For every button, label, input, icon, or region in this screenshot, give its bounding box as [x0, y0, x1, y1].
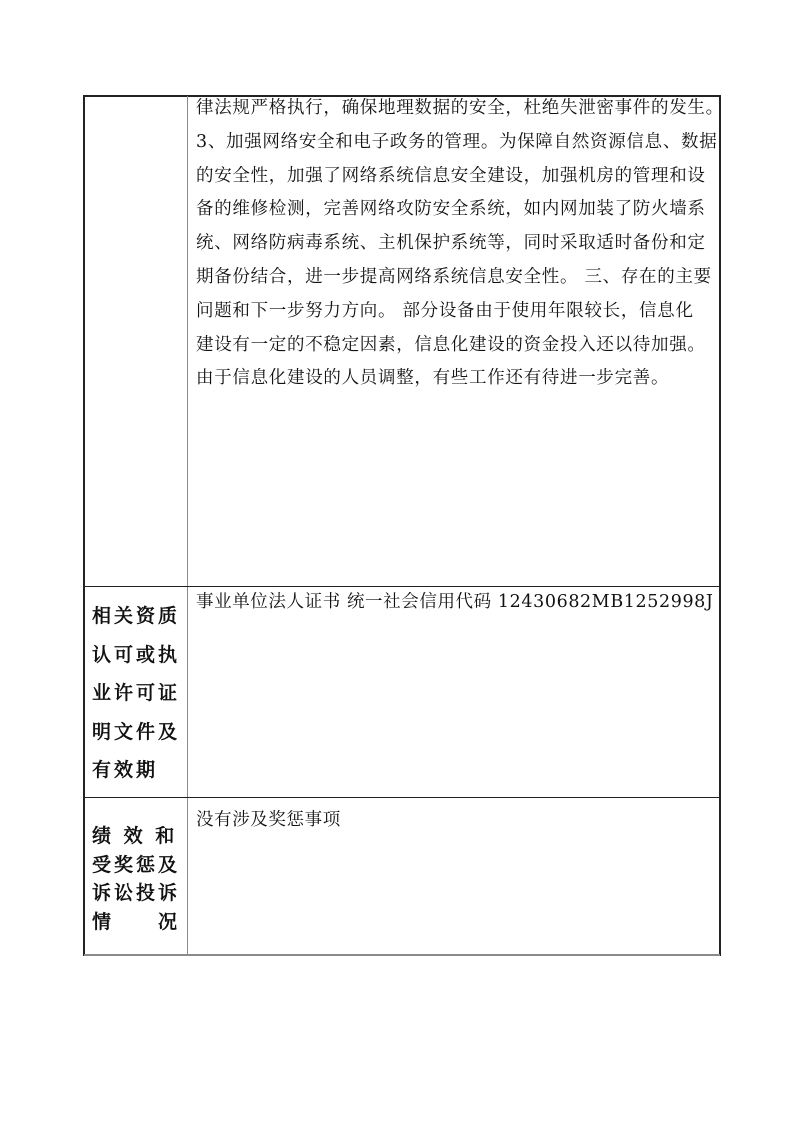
label-line: 认可或执 [92, 636, 184, 675]
label-line: 诉讼投诉 [92, 879, 184, 908]
text-line: 建设有一定的不稳定因素，信息化建设的资金投入还以待加强。 [196, 329, 718, 363]
label-line: 绩 效 和 [92, 822, 184, 851]
text-line: 期备份结合，进一步提高网络系统信息安全性。 三、存在的主要 [196, 261, 718, 295]
work-summary-text: 律法规严格执行，确保地理数据的安全，杜绝失泄密事件的发生。 3、加强网络安全和电… [196, 92, 718, 396]
table-border-right [719, 95, 721, 956]
row-divider-1 [84, 586, 720, 587]
text-line: 问题和下一步努力方向。 部分设备由于使用年限较长，信息化 [196, 295, 718, 329]
label-line: 明文件及 [92, 713, 184, 752]
label-line: 受奖惩及 [92, 851, 184, 880]
table-border-bottom [84, 954, 720, 956]
performance-value: 没有涉及奖惩事项 [196, 806, 341, 831]
text-line: 律法规严格执行，确保地理数据的安全，杜绝失泄密事件的发生。 [196, 92, 718, 126]
text-line: 3、加强网络安全和电子政务的管理。为保障自然资源信息、数据 [196, 126, 718, 160]
table-border-left [83, 95, 85, 956]
qualification-label: 相关资质 认可或执 业许可证 明文件及 有效期 [92, 597, 184, 790]
qualification-value: 事业单位法人证书 统一社会信用代码 12430682MB1252998J [196, 588, 714, 613]
label-line: 业许可证 [92, 674, 184, 713]
performance-label: 绩 效 和 受奖惩及 诉讼投诉 情 况 [92, 822, 184, 936]
text-line: 备的维修检测，完善网络攻防安全系统，如内网加装了防火墙系 [196, 193, 718, 227]
column-divider [187, 96, 188, 955]
label-line: 有效期 [92, 751, 184, 790]
row-divider-2 [84, 797, 720, 798]
label-line: 相关资质 [92, 597, 184, 636]
text-line: 统、网络防病毒系统、主机保护系统等，同时采取适时备份和定 [196, 227, 718, 261]
text-line: 由于信息化建设的人员调整，有些工作还有待进一步完善。 [196, 362, 718, 396]
label-line: 情 况 [92, 908, 184, 937]
text-line: 的安全性，加强了网络系统信息安全建设，加强机房的管理和设 [196, 160, 718, 194]
